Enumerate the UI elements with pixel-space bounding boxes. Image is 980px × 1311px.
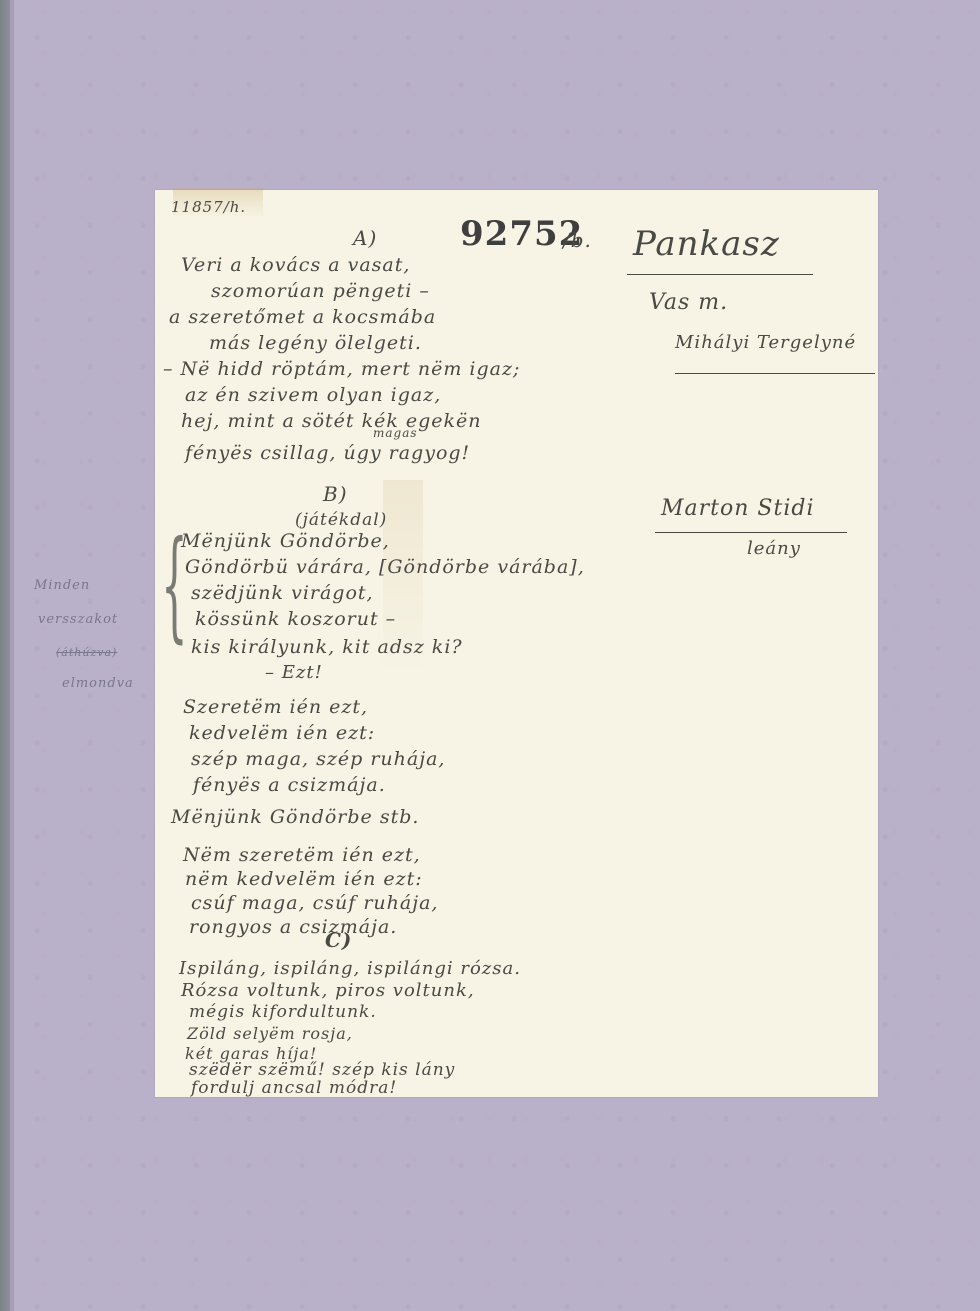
title-underline (627, 274, 813, 275)
informant-name: Marton Stidi (661, 496, 814, 521)
section-b-line: fényës a csizmája. (193, 774, 386, 796)
section-b-line: rongyos a csizmája. (189, 916, 397, 938)
section-c-line: Rózsa voltunk, piros voltunk, (181, 980, 475, 1001)
archive-number-suffix: /b. (563, 228, 592, 252)
section-b-line: nëm kedvelëm ién ezt: (185, 868, 423, 890)
collector-underline (675, 373, 875, 374)
section-c-label: C) (325, 928, 352, 952)
section-c-line: Zöld selyëm rosja, (187, 1024, 353, 1043)
corner-catalog-note: 11857/h. (171, 198, 246, 216)
section-b-line: Mënjünk Göndörbe, (181, 530, 390, 552)
section-a-line: szomorúan pëngeti – (211, 280, 430, 302)
scanner-edge-strip (0, 0, 10, 1311)
manuscript-sheet: 11857/h. A) 92752 /b. Pankasz Vas m. Mih… (155, 190, 878, 1097)
section-a-label: A) (353, 226, 377, 250)
section-b-line: szëdjünk virágot, (191, 582, 374, 604)
section-b-line: Mënjünk Göndörbe stb. (171, 806, 419, 828)
section-b-line: szép maga, szép ruhája, (191, 748, 445, 770)
section-a-line: az én szivem olyan igaz, (185, 384, 441, 406)
interlinear-insertion: magas (373, 426, 418, 440)
section-c-line: szëdër szëmű! szép kis lány (189, 1060, 455, 1080)
informant-underline (655, 532, 847, 533)
section-a-line: a szeretőmet a kocsmába (169, 306, 436, 328)
village-title: Pankasz (633, 224, 780, 264)
section-b-line: kössünk koszorut – (195, 608, 396, 630)
section-c-line: Ispiláng, ispiláng, ispilángi rózsa. (179, 958, 521, 979)
section-b-line: kedvelëm ién ezt: (189, 722, 375, 744)
section-b-line: csúf maga, csúf ruhája, (191, 892, 438, 914)
margin-note-line-3: (áthúzva) (56, 646, 117, 659)
section-a-line: – Në hidd röptám, mert nëm igaz; (163, 358, 520, 380)
section-c-line: mégis kifordultunk. (189, 1002, 377, 1022)
margin-note-line-1: Minden (34, 578, 90, 593)
section-b-line: Szeretëm ién ezt, (183, 696, 368, 718)
section-b-line: – Ezt! (265, 662, 323, 683)
section-b-subtitle: (játékdal) (295, 510, 387, 530)
section-b-line: kis királyunk, kit adsz ki? (191, 636, 463, 658)
section-a-line: Veri a kovács a vasat, (181, 254, 410, 276)
section-b-line: Nëm szeretëm ién ezt, (183, 844, 421, 866)
section-c-line: fordulj ancsal módra! (191, 1078, 397, 1098)
informant-role: leány (747, 538, 801, 559)
section-a-line: hej, mint a sötét kék egekën (181, 410, 482, 432)
section-a-line: más legény ölelgeti. (209, 332, 422, 354)
section-b-line: Göndörbü várára, [Göndörbe várába], (185, 556, 585, 578)
margin-note-line-4: elmondva (62, 676, 134, 691)
margin-note-line-2: versszakot (38, 612, 118, 627)
section-a-line: fényës csillag, úgy ragyog! (185, 442, 470, 464)
county-label: Vas m. (649, 290, 728, 315)
collector-name: Mihályi Tergelyné (675, 332, 856, 353)
mount-edge (10, 0, 14, 1311)
section-b-label: B) (323, 482, 348, 506)
